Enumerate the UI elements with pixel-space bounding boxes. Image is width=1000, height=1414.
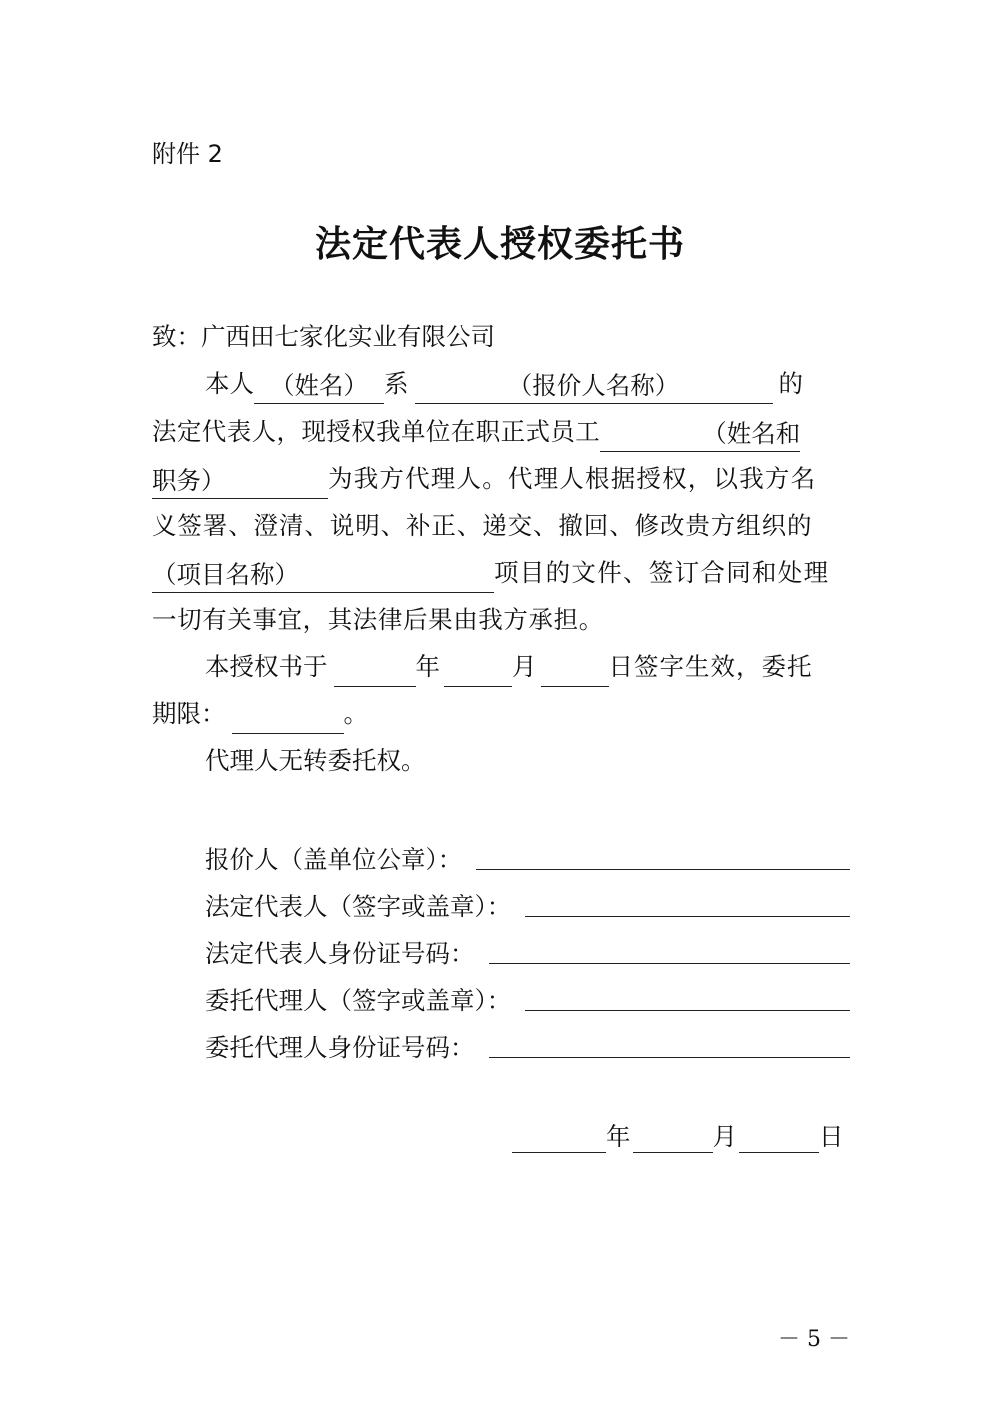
paragraph-1-line-6: 一切有关事宜，其法律后果由我方承担。 (152, 600, 604, 640)
signature-label: 法定代表人（签字或盖章）： (205, 888, 511, 923)
text: 系 (384, 369, 409, 398)
text: 月 (713, 1118, 738, 1153)
paragraph-2-line-2: 期限：。 (152, 694, 368, 734)
addressee-company: 广西田七家化实业有限公司 (201, 322, 495, 351)
agent-signature-field[interactable] (525, 1010, 850, 1011)
text: 月 (512, 652, 537, 681)
text: 法定代表人，现授权我单位在职正式员工 (152, 417, 600, 446)
legal-rep-signature-field[interactable] (525, 916, 850, 917)
paragraph-1-line-3: 职务）为我方代理人。代理人根据授权，以我方名 (152, 459, 816, 499)
paragraph-2-line-1: 本授权书于年月日签字生效，委托 (205, 647, 813, 687)
paragraph-1-line-5: （项目名称）项目的文件、签订合同和处理 (152, 553, 829, 593)
signature-row-bidder: 报价人（盖单位公章）： (205, 836, 850, 876)
text: 为我方代理人。代理人根据授权，以我方名 (328, 464, 816, 493)
document-title: 法定代表人授权委托书 (0, 216, 1000, 267)
paragraph-1-line-2: 法定代表人，现授权我单位在职正式员工（姓名和 (152, 412, 800, 452)
bidder-seal-field[interactable] (476, 869, 850, 870)
agent-name-position-field-part2[interactable]: 职务） (152, 465, 328, 499)
text: 年 (606, 1118, 631, 1153)
footer-month-field[interactable] (633, 1122, 713, 1153)
effective-month-field[interactable] (444, 656, 512, 687)
effective-day-field[interactable] (541, 656, 609, 687)
text: 。 (344, 699, 369, 728)
signature-row-legal-rep: 法定代表人（签字或盖章）： (205, 883, 850, 923)
text: 年 (416, 652, 441, 681)
project-name-field[interactable]: （项目名称） (152, 559, 494, 593)
signature-row-agent: 委托代理人（签字或盖章）： (205, 977, 850, 1017)
attachment-label: 附件 2 (152, 134, 223, 169)
footer-year-field[interactable] (512, 1122, 606, 1153)
text: 本人 (205, 369, 254, 398)
paragraph-1-line-4: 义签署、澄清、说明、补正、递交、撤回、修改贵方组织的 (152, 506, 812, 546)
effective-year-field[interactable] (334, 656, 416, 687)
paragraph-3: 代理人无转委托权。 (205, 741, 426, 781)
legal-rep-id-field[interactable] (489, 963, 851, 964)
text: 项目的文件、签订合同和处理 (494, 558, 829, 587)
agent-id-field[interactable] (489, 1057, 851, 1058)
agent-name-position-field-part1[interactable]: （姓名和 (600, 418, 800, 452)
term-field[interactable] (232, 703, 344, 734)
text: 期限： (152, 699, 226, 728)
text: 一切有关事宜，其法律后果由我方承担。 (152, 605, 604, 634)
addressee-prefix: 致： (152, 322, 201, 351)
text: 义签署、澄清、说明、补正、递交、撤回、修改贵方组织的 (152, 511, 812, 540)
text: 的 (779, 369, 804, 398)
page-number: － 5 － (778, 1327, 850, 1352)
signature-label: 委托代理人身份证号码： (205, 1029, 475, 1064)
signature-row-legal-rep-id: 法定代表人身份证号码： (205, 930, 850, 970)
date-footer: 年月日 (512, 1118, 844, 1153)
bidder-name-field[interactable]: （报价人名称） (415, 370, 773, 404)
text: 日 (819, 1118, 844, 1153)
signature-label: 法定代表人身份证号码： (205, 935, 475, 970)
name-field[interactable]: （姓名） (254, 370, 384, 404)
footer-day-field[interactable] (739, 1122, 819, 1153)
signature-row-agent-id: 委托代理人身份证号码： (205, 1024, 850, 1064)
paragraph-1-line-1: 本人（姓名）系（报价人名称）的 (205, 364, 803, 404)
page-number-container: － 5 － (0, 1322, 1000, 1353)
addressee-line: 致：广西田七家化实业有限公司 (152, 317, 495, 357)
text: 本授权书于 (205, 652, 328, 681)
signature-label: 委托代理人（签字或盖章）： (205, 982, 511, 1017)
signature-label: 报价人（盖单位公章）： (205, 841, 462, 876)
text: 日签字生效，委托 (609, 652, 813, 681)
